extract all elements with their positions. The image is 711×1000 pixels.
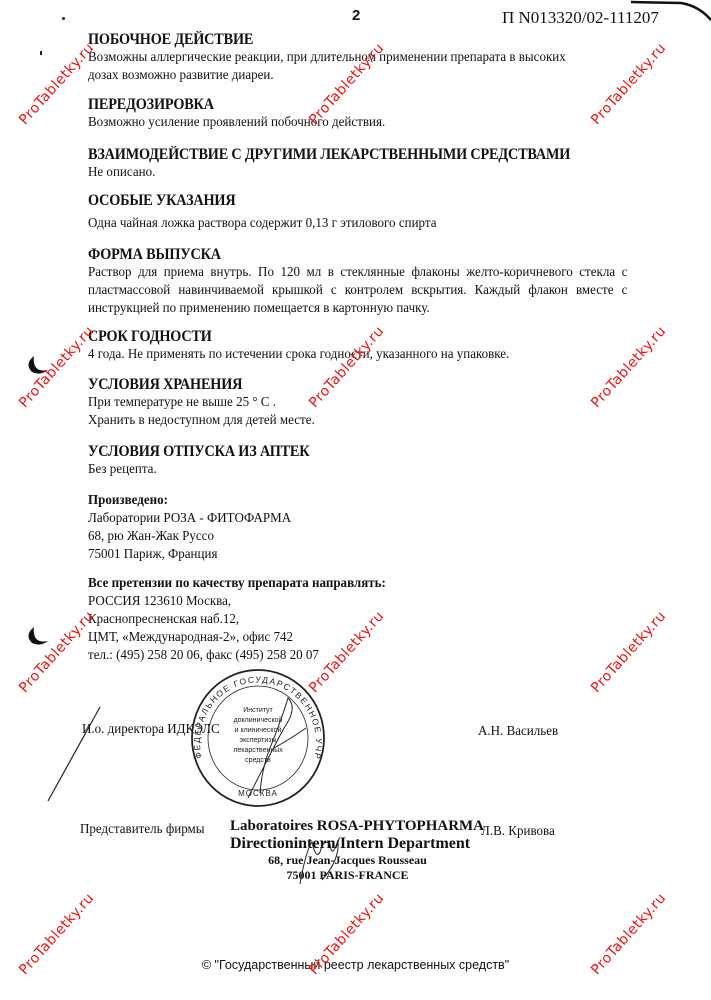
manufacturer-block: Произведено: Лаборатории РОЗА - ФИТОФАРМ… <box>88 492 628 564</box>
section-text: Возможно усиление проявлений побочного д… <box>88 114 590 132</box>
section-text: Раствор для приема внутрь. По 120 мл в с… <box>88 264 627 318</box>
svg-text:экспертизы: экспертизы <box>240 737 277 744</box>
claims-line: ЦМТ, «Международная-2», офис 742 <box>88 629 590 647</box>
section-dispensing: УСЛОВИЯ ОТПУСКА ИЗ АПТЕК Без рецепта. <box>88 443 628 479</box>
punch-hole-mark <box>24 625 50 647</box>
page-number: 2 <box>352 7 360 24</box>
section-release-form: ФОРМА ВЫПУСКА Раствор для приема внутрь.… <box>88 246 628 318</box>
section-text: Без рецепта. <box>88 461 590 479</box>
representative-signature <box>292 830 352 888</box>
claims-line: РОССИЯ 123610 Москва, <box>88 593 590 611</box>
section-heading: СРОК ГОДНОСТИ <box>88 328 585 346</box>
svg-text:лекарственных: лекарственных <box>233 747 283 754</box>
section-special-instructions: ОСОБЫЕ УКАЗАНИЯ Одна чайная ложка раство… <box>88 192 628 233</box>
svg-text:МОСКВА: МОСКВА <box>238 789 278 798</box>
representative-name: Л.В. Кривова <box>481 824 555 840</box>
svg-text:Институт: Институт <box>243 707 273 714</box>
section-text: Хранить в недоступном для детей месте. <box>88 412 590 430</box>
claims-label: Все претензии по качеству препарата напр… <box>88 575 590 593</box>
watermark: ProTabletky.ru <box>16 40 97 128</box>
signature-stroke <box>44 705 104 805</box>
section-text: 4 года. Не применять по истечении срока … <box>88 346 590 364</box>
scan-corner-mark <box>601 0 711 22</box>
manufacturer-line: Лаборатории РОЗА - ФИТОФАРМА <box>88 510 590 528</box>
section-text: Возможны аллергические реакции, при длит… <box>88 49 590 67</box>
section-heading: ПОБОЧНОЕ ДЕЙСТВИЕ <box>88 31 585 49</box>
manufacturer-line: 75001 Париж, Франция <box>88 546 590 564</box>
section-heading: ОСОБЫЕ УКАЗАНИЯ <box>88 192 585 210</box>
section-heading: ФОРМА ВЫПУСКА <box>88 246 585 264</box>
manufacturer-line: 68, рю Жан-Жак Руссо <box>88 528 590 546</box>
section-text: Одна чайная ложка раствора содержит 0,13… <box>88 215 590 233</box>
section-interactions: ВЗАИМОДЕЙСТВИЕ С ДРУГИМИ ЛЕКАРСТВЕННЫМИ … <box>88 146 628 182</box>
section-text: Не описано. <box>88 164 590 182</box>
svg-text:доклинической: доклинической <box>234 716 283 724</box>
section-overdose: ПЕРЕДОЗИРОВКА Возможно усиление проявлен… <box>88 96 628 132</box>
official-stamp: ФЕДЕРАЛЬНОЕ ГОСУДАРСТВЕННОЕ УЧРЕЖДЕНИЕ И… <box>188 668 328 808</box>
scan-speck <box>62 17 65 20</box>
director-name: А.Н. Васильев <box>478 724 558 740</box>
scan-speck <box>40 51 42 55</box>
manufacturer-label: Произведено: <box>88 492 590 510</box>
representative-title: Представитель фирмы <box>80 822 205 838</box>
section-heading: УСЛОВИЯ ОТПУСКА ИЗ АПТЕК <box>88 443 585 461</box>
watermark: ProTabletky.ru <box>16 608 97 696</box>
claims-line: Краснопресненская наб.12, <box>88 611 590 629</box>
section-text: При температуре не выше 25 ° С . <box>88 394 590 412</box>
section-storage: УСЛОВИЯ ХРАНЕНИЯ При температуре не выше… <box>88 376 628 430</box>
svg-text:и клинической: и клинической <box>235 726 282 734</box>
section-heading: ВЗАИМОДЕЙСТВИЕ С ДРУГИМИ ЛЕКАРСТВЕННЫМИ … <box>88 146 585 164</box>
